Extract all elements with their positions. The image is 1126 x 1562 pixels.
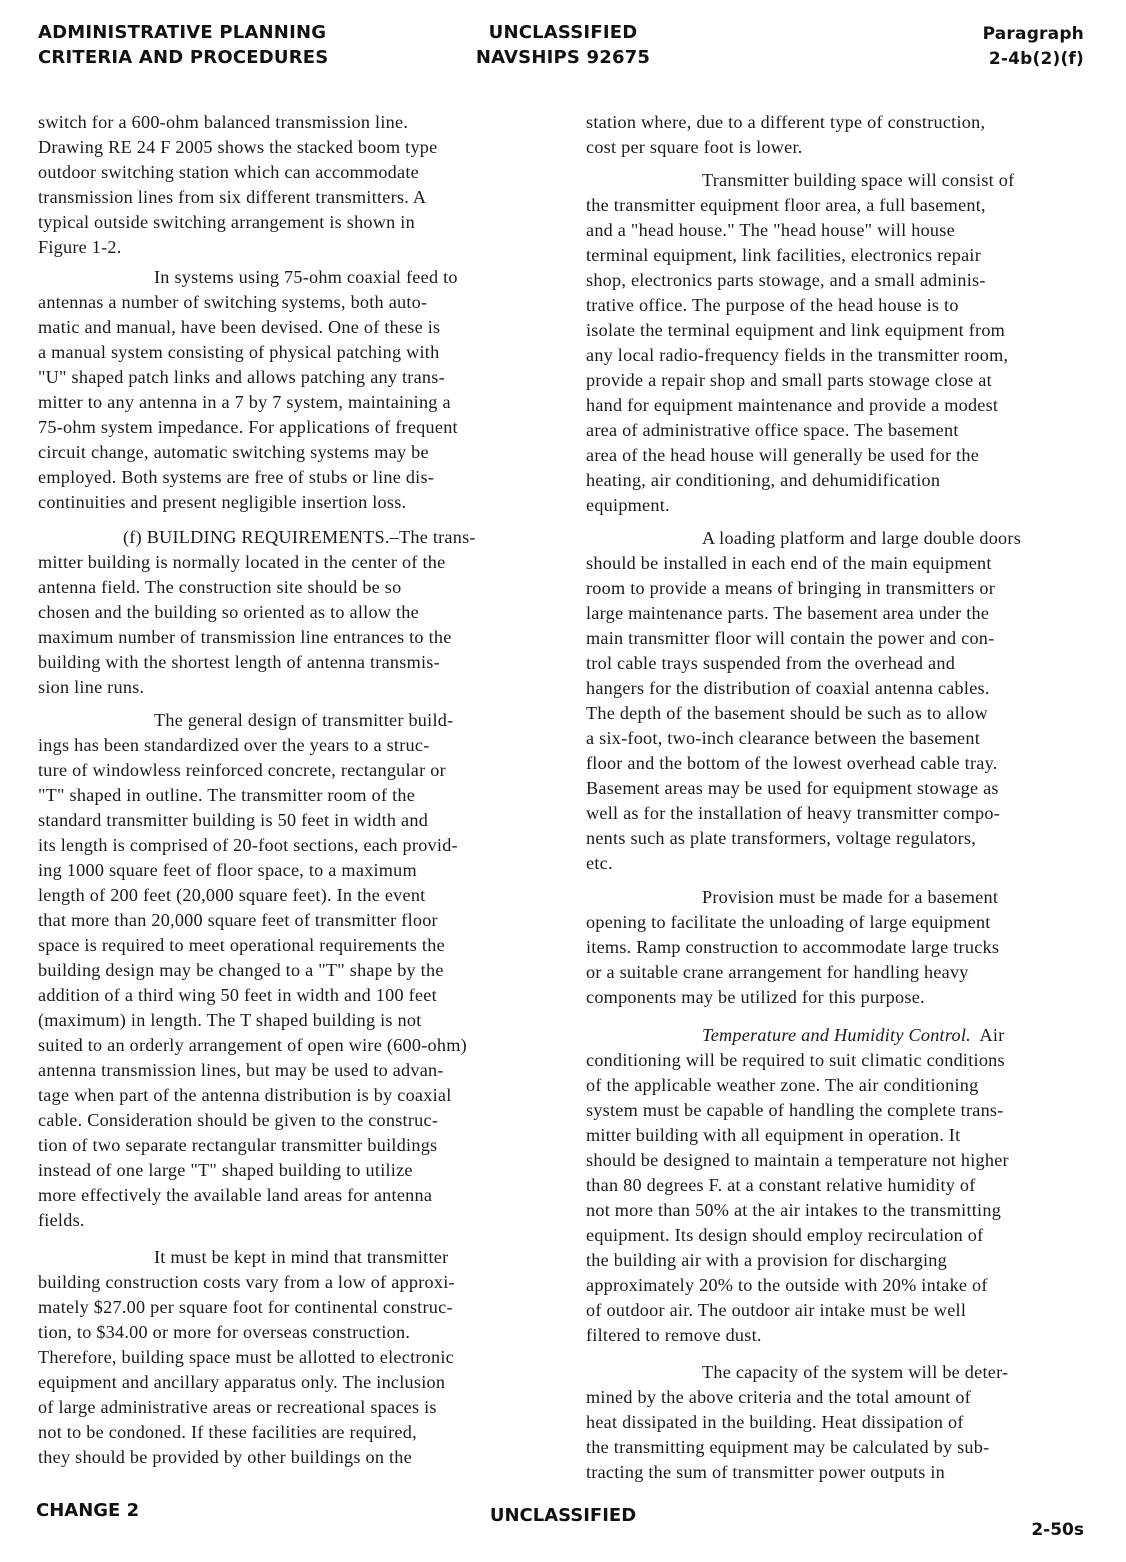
text-line: a manual system consisting of physical p… (38, 340, 439, 365)
text-line: outdoor switching station which can acco… (38, 160, 419, 185)
text-line: provide a repair shop and small parts st… (586, 368, 992, 393)
footer-page-number: 2-50s (1031, 1520, 1084, 1540)
text-line: tage when part of the antenna distributi… (38, 1083, 452, 1108)
text-line: components may be utilized for this purp… (586, 985, 925, 1010)
text-line: antenna field. The construction site sho… (38, 575, 401, 600)
text-line: the transmitting equipment may be calcul… (586, 1435, 989, 1460)
text-line: that more than 20,000 square feet of tra… (38, 908, 438, 933)
text-line: mately $27.00 per square foot for contin… (38, 1295, 453, 1320)
text-line: antennas a number of switching systems, … (38, 290, 427, 315)
text-line: transmission lines from six different tr… (38, 185, 426, 210)
text-line: sion line runs. (38, 675, 144, 700)
paragraph-start: The capacity of the system will be deter… (586, 1360, 1008, 1385)
text-line: instead of one large "T" shaped building… (38, 1158, 413, 1183)
text-line: shop, electronics parts stowage, and a s… (586, 268, 986, 293)
text-line: Basement areas may be used for equipment… (586, 776, 999, 801)
text-line: equipment and ancillary apparatus only. … (38, 1370, 445, 1395)
text-line: antenna transmission lines, but may be u… (38, 1058, 444, 1083)
italic-run-in-heading: Temperature and Humidity Control. (702, 1025, 971, 1045)
text-line: terminal equipment, link facilities, ele… (586, 243, 981, 268)
text-line: station where, due to a different type o… (586, 110, 985, 135)
text-line: its length is comprised of 20-foot secti… (38, 833, 458, 858)
text-line: ture of windowless reinforced concrete, … (38, 758, 446, 783)
text-line: suited to an orderly arrangement of open… (38, 1033, 467, 1058)
text-line: more effectively the available land area… (38, 1183, 432, 1208)
text-line: mined by the above criteria and the tota… (586, 1385, 971, 1410)
text-line: chosen and the building so oriented as t… (38, 600, 419, 625)
text-line: "U" shaped patch links and allows patchi… (38, 365, 445, 390)
text-line: they should be provided by other buildin… (38, 1445, 412, 1470)
section-heading-building-requirements: (f) BUILDING REQUIREMENTS.–The trans- (38, 525, 476, 550)
text-line: mitter building with all equipment in op… (586, 1123, 960, 1148)
text-line: heating, air conditioning, and dehumidif… (586, 468, 940, 493)
text-line: approximately 20% to the outside with 20… (586, 1273, 988, 1298)
text-line: space is required to meet operational re… (38, 933, 445, 958)
paragraph-start: In systems using 75-ohm coaxial feed to (38, 265, 458, 290)
text-line: trol cable trays suspended from the over… (586, 651, 955, 676)
text-line: not more than 50% at the air intakes to … (586, 1198, 1001, 1223)
text-line: Drawing RE 24 F 2005 shows the stacked b… (38, 135, 437, 160)
text-line: continuities and present negligible inse… (38, 490, 406, 515)
text-line: (maximum) in length. The T shaped buildi… (38, 1008, 422, 1033)
text-line: switch for a 600-ohm balanced transmissi… (38, 110, 408, 135)
text-line: fields. (38, 1208, 85, 1233)
header-document-number: NAVSHIPS 92675 (0, 45, 1126, 70)
text-line: area of administrative office space. The… (586, 418, 959, 443)
text-line: length of 200 feet (20,000 square feet).… (38, 883, 425, 908)
text-line: Figure 1-2. (38, 235, 122, 260)
text-line: employed. Both systems are free of stubs… (38, 465, 434, 490)
text-line: building construction costs vary from a … (38, 1270, 455, 1295)
text-line: well as for the installation of heavy tr… (586, 801, 1000, 826)
text-line: main transmitter floor will contain the … (586, 626, 994, 651)
header-paragraph-number: 2-4b(2)(f) (983, 47, 1084, 72)
text-line: hangers for the distribution of coaxial … (586, 676, 990, 701)
text-line: The depth of the basement should be such… (586, 701, 988, 726)
header-classification: UNCLASSIFIED NAVSHIPS 92675 (0, 20, 1126, 70)
paragraph-start: A loading platform and large double door… (586, 526, 1021, 551)
text-line: mitter building is normally located in t… (38, 550, 445, 575)
text-line: typical outside switching arrangement is… (38, 210, 415, 235)
text-line: opening to facilitate the unloading of l… (586, 910, 991, 935)
text-line: nents such as plate transformers, voltag… (586, 826, 976, 851)
text-line: tracting the sum of transmitter power ou… (586, 1460, 945, 1485)
text-line: etc. (586, 851, 613, 876)
text-line: tion, to $34.00 or more for overseas con… (38, 1320, 410, 1345)
text-line: tion of two separate rectangular transmi… (38, 1133, 437, 1158)
text-line: of outdoor air. The outdoor air intake m… (586, 1298, 966, 1323)
text-line: cable. Consideration should be given to … (38, 1108, 438, 1133)
heading-continuation: Air (971, 1025, 1005, 1045)
paragraph-start: The general design of transmitter build- (38, 708, 453, 733)
text-line: 75-ohm system impedance. For application… (38, 415, 458, 440)
header-classification-label: UNCLASSIFIED (0, 20, 1126, 45)
paragraph-start: Transmitter building space will consist … (586, 168, 1014, 193)
text-line: should be designed to maintain a tempera… (586, 1148, 1009, 1173)
header-paragraph-ref: Paragraph 2-4b(2)(f) (983, 22, 1084, 72)
text-line: cost per square foot is lower. (586, 135, 803, 160)
text-line: area of the head house will generally be… (586, 443, 979, 468)
text-line: matic and manual, have been devised. One… (38, 315, 440, 340)
text-line: the building air with a provision for di… (586, 1248, 947, 1273)
text-line: of large administrative areas or recreat… (38, 1395, 437, 1420)
text-line: maximum number of transmission line entr… (38, 625, 452, 650)
text-line: room to provide a means of bringing in t… (586, 576, 995, 601)
text-line: the transmitter equipment floor area, a … (586, 193, 986, 218)
footer-classification: UNCLASSIFIED (0, 1505, 1126, 1526)
text-line: a six-foot, two-inch clearance between t… (586, 726, 980, 751)
text-line: items. Ramp construction to accommodate … (586, 935, 999, 960)
text-line: trative office. The purpose of the head … (586, 293, 959, 318)
text-line: than 80 degrees F. at a constant relativ… (586, 1173, 976, 1198)
text-line: ing 1000 square feet of floor space, to … (38, 858, 417, 883)
text-line: building with the shortest length of ant… (38, 650, 440, 675)
text-line: standard transmitter building is 50 feet… (38, 808, 428, 833)
text-line: of the applicable weather zone. The air … (586, 1073, 978, 1098)
header-paragraph-label: Paragraph (983, 22, 1084, 47)
text-line: or a suitable crane arrangement for hand… (586, 960, 969, 985)
text-line: equipment. (586, 493, 670, 518)
text-line: large maintenance parts. The basement ar… (586, 601, 989, 626)
text-line: not to be condoned. If these facilities … (38, 1420, 417, 1445)
text-line: filtered to remove dust. (586, 1323, 762, 1348)
text-line: isolate the terminal equipment and link … (586, 318, 1005, 343)
text-line: mitter to any antenna in a 7 by 7 system… (38, 390, 451, 415)
text-line: equipment. Its design should employ reci… (586, 1223, 983, 1248)
subsection-heading-temperature-humidity: Temperature and Humidity Control. Air (586, 1023, 1005, 1048)
text-line: floor and the bottom of the lowest overh… (586, 751, 998, 776)
text-line: system must be capable of handling the c… (586, 1098, 1004, 1123)
text-line: addition of a third wing 50 feet in widt… (38, 983, 437, 1008)
text-line: any local radio-frequency fields in the … (586, 343, 1008, 368)
paragraph-start: Provision must be made for a basement (586, 885, 998, 910)
text-line: conditioning will be required to suit cl… (586, 1048, 1005, 1073)
text-line: hand for equipment maintenance and provi… (586, 393, 998, 418)
text-line: and a "head house." The "head house" wil… (586, 218, 955, 243)
text-line: ings has been standardized over the year… (38, 733, 430, 758)
text-line: "T" shaped in outline. The transmitter r… (38, 783, 415, 808)
text-line: heat dissipated in the building. Heat di… (586, 1410, 964, 1435)
text-line: building design may be changed to a "T" … (38, 958, 444, 983)
text-line: should be installed in each end of the m… (586, 551, 992, 576)
paragraph-start: It must be kept in mind that transmitter (38, 1245, 448, 1270)
text-line: circuit change, automatic switching syst… (38, 440, 429, 465)
text-line: Therefore, building space must be allott… (38, 1345, 454, 1370)
